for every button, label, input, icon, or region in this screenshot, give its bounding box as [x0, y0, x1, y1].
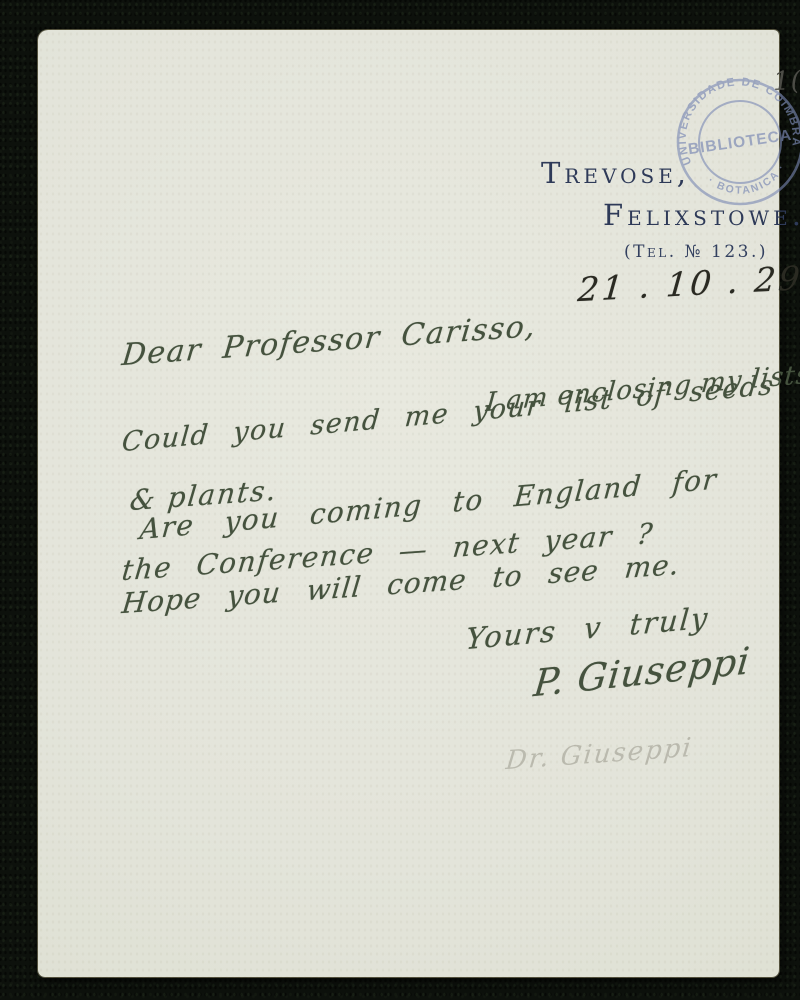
folio-number-annotation: 1(1)	[772, 65, 800, 97]
letterhead-town-name: Felixstowe.	[603, 198, 800, 232]
salutation-line: Dear Professor Carisso,	[120, 309, 538, 373]
signature: P. Giuseppi	[532, 639, 753, 705]
stamp-center-text: BIBLIOTECA	[687, 127, 793, 158]
photograph-background: UNIVERSIDADE DE COIMBRA · BOTANICA · BIB…	[0, 0, 800, 1000]
letterhead-telephone: (Tel. № 123.)	[624, 242, 768, 262]
body-line: Could you send me your list of seeds	[121, 370, 776, 458]
letterhead-house-name: Trevose,	[541, 156, 690, 190]
pencil-annotation: Dr. Giuseppi	[504, 733, 694, 776]
letter-paper: UNIVERSIDADE DE COIMBRA · BOTANICA · BIB…	[38, 30, 779, 977]
handwritten-date: 21 . 10 . 29	[576, 258, 800, 309]
